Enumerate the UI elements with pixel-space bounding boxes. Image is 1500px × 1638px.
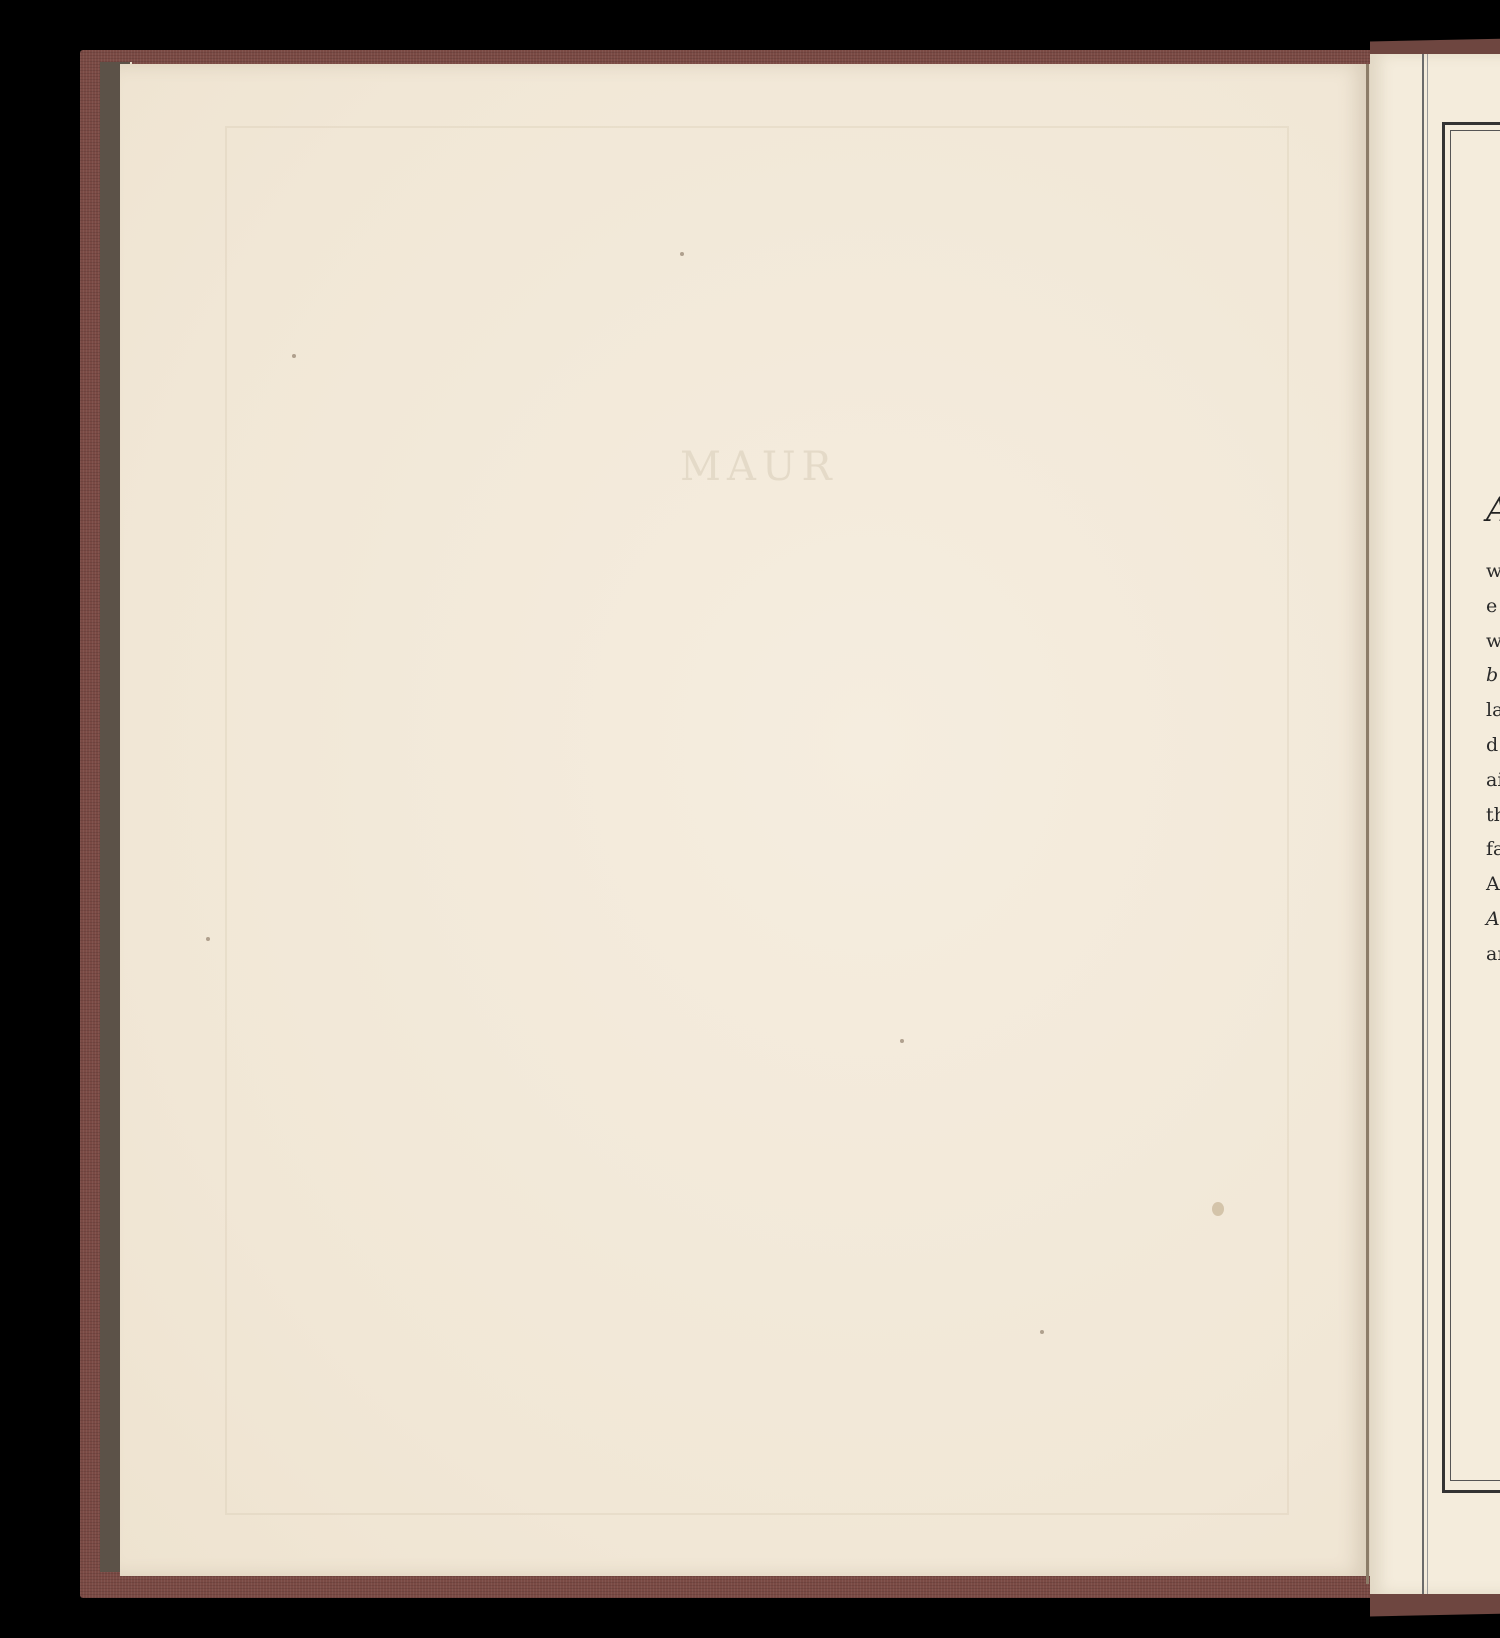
text-line: la xyxy=(1486,693,1500,728)
bleed-through-frame xyxy=(225,126,1289,1515)
page-rule-line xyxy=(1422,54,1424,1594)
left-page: MAUR xyxy=(120,64,1370,1576)
gutter-fold xyxy=(1366,64,1369,1584)
text-fragments: w e w b la d ai th fa A A ar xyxy=(1486,554,1500,972)
paper-speck xyxy=(900,1039,904,1043)
text-line: d xyxy=(1486,728,1500,763)
text-line: th xyxy=(1486,798,1500,833)
bleed-through-title: MAUR xyxy=(680,444,838,490)
text-line: b xyxy=(1486,658,1500,693)
drop-initial: A xyxy=(1486,490,1500,530)
paper-speck xyxy=(680,252,684,256)
text-line: A xyxy=(1486,902,1500,937)
text-line: e xyxy=(1486,589,1500,624)
right-page: A w e w b la d ai th fa A A ar xyxy=(1370,54,1500,1594)
text-line: ai xyxy=(1486,763,1500,798)
paper-speck xyxy=(206,937,210,941)
paper-speck xyxy=(1040,1330,1044,1334)
page-rule-line xyxy=(1427,54,1428,1594)
text-line: A xyxy=(1486,867,1500,902)
paper-stain xyxy=(1212,1202,1224,1216)
text-line: w xyxy=(1486,554,1500,589)
text-line: w xyxy=(1486,624,1500,659)
text-line: ar xyxy=(1486,937,1500,972)
text-line: fa xyxy=(1486,832,1500,867)
paper-speck xyxy=(292,354,296,358)
